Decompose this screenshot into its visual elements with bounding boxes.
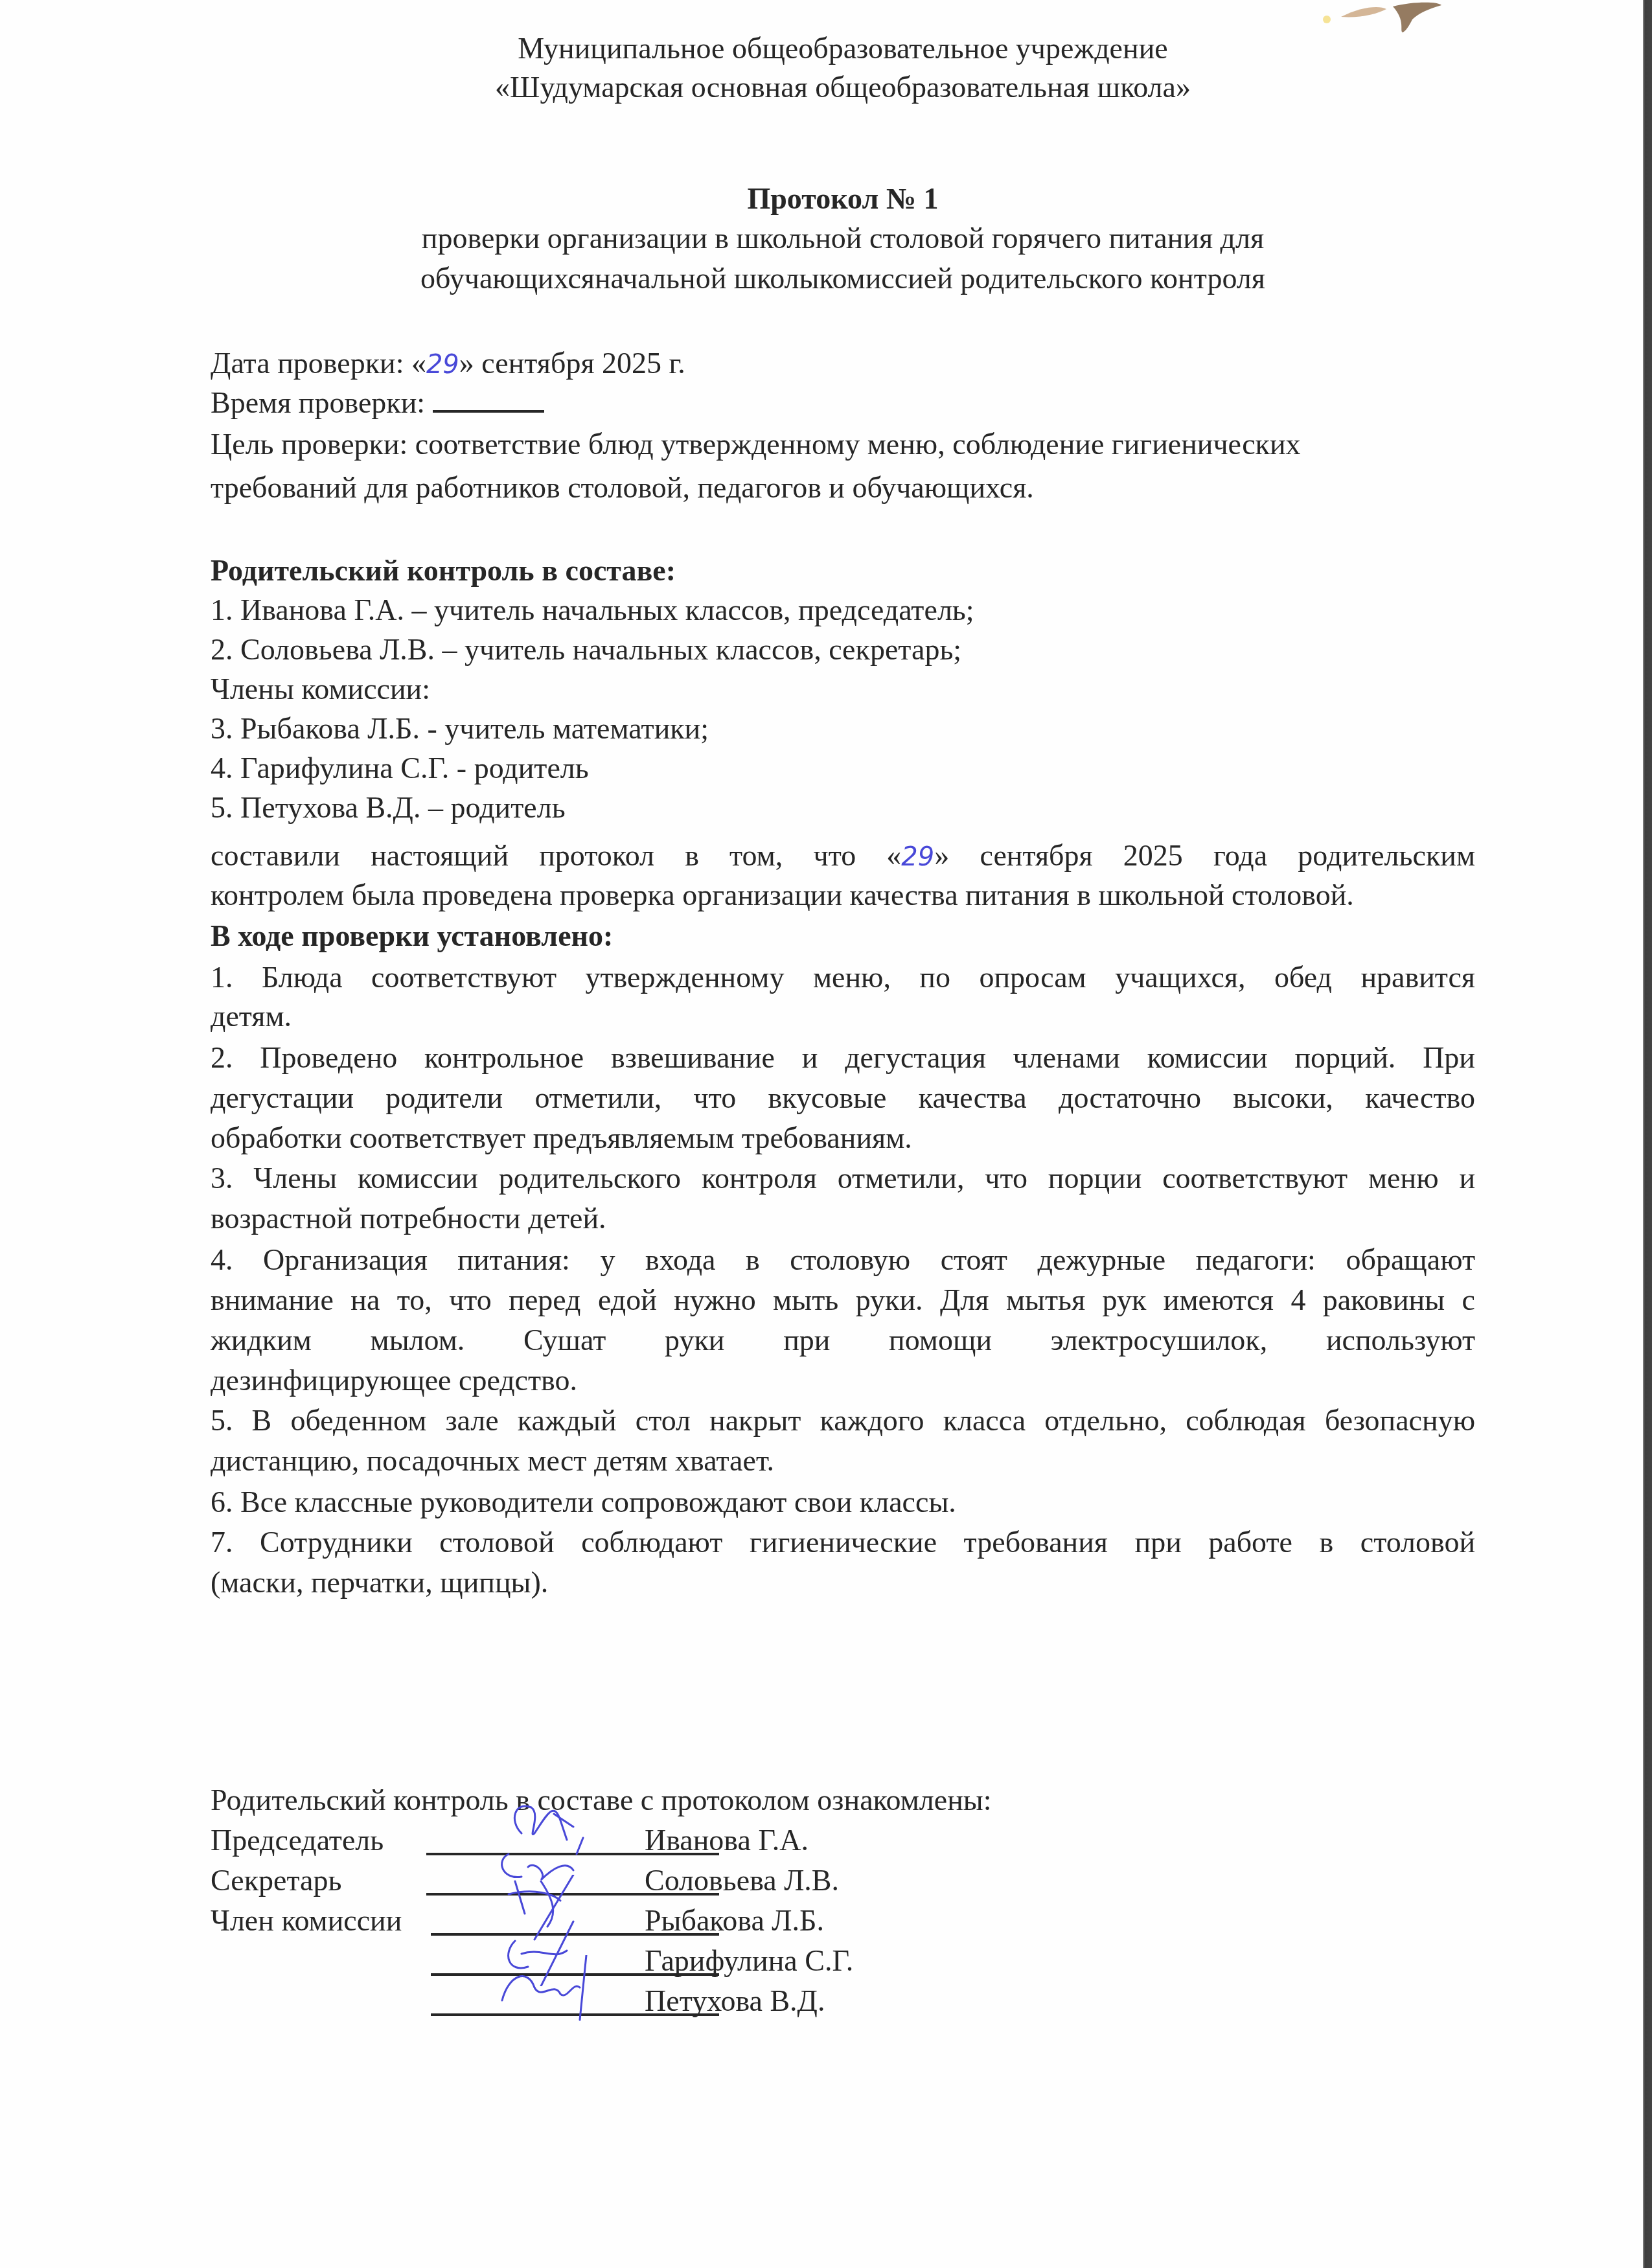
signature-role: Член комиссии (211, 1901, 402, 1940)
signature-role: Секретарь (211, 1861, 342, 1900)
commission-heading: Родительский контроль в составе: (211, 551, 1475, 590)
inspection-date: Дата проверки: «29» сентября 2025 г. (211, 343, 1475, 385)
handwritten-day: 29 (426, 350, 459, 380)
finding-line: возрастной потребности детей. (211, 1198, 1475, 1238)
handwritten-day: 29 (901, 842, 934, 872)
finding-line: 4. Организация питания: у входа в столов… (211, 1240, 1475, 1279)
commission-member: 3. Рыбакова Л.Б. - учитель математики; (211, 709, 1475, 748)
commission-member: 5. Петухова В.Д. – родитель (211, 788, 1475, 827)
signature-row: СекретарьСоловьева Л.В. (211, 1861, 1118, 1900)
institution-name-line1: Муниципальное общеобразовательное учрежд… (211, 29, 1475, 68)
finding-line: (маски, перчатки, щипцы). (211, 1563, 1475, 1602)
commission-member: 4. Гарифулина С.Г. - родитель (211, 748, 1475, 788)
finding-line: 7. Сотрудники столовой соблюдают гигиени… (211, 1522, 1475, 1562)
finding-line: 5. В обеденном зале каждый стол накрыт к… (211, 1401, 1475, 1440)
inspection-goal-line2: требований для работников столовой, педа… (211, 468, 1475, 507)
time-blank-field (433, 384, 544, 413)
inspection-goal-line1: Цель проверки: соответствие блюд утвержд… (211, 424, 1475, 464)
finding-line: дистанцию, посадочных мест детям хватает… (211, 1441, 1475, 1480)
protocol-title: Протокол № 1 (211, 179, 1475, 218)
statement-line2: контролем была проведена проверка органи… (211, 875, 1475, 915)
signatory-name: Соловьева Л.В. (645, 1861, 839, 1900)
finding-line: детям. (211, 996, 1475, 1036)
signatory-name: Рыбакова Л.Б. (645, 1901, 824, 1940)
finding-line: 3. Члены комиссии родительского контроля… (211, 1158, 1475, 1198)
finding-line: дезинфицирующее средство. (211, 1360, 1475, 1400)
finding-line: дегустации родители отметили, что вкусов… (211, 1078, 1475, 1117)
scanner-edge (1643, 0, 1652, 2268)
finding-line: обработки соответствует предъявляемым тр… (211, 1118, 1475, 1158)
signatory-name: Иванова Г.А. (645, 1820, 809, 1860)
finding-line: 6. Все классные руководители сопровождаю… (211, 1482, 1475, 1522)
signatory-name: Гарифулина С.Г. (645, 1941, 853, 1980)
signatures-heading: Родительский контроль в составе с проток… (211, 1780, 1475, 1820)
statement-line1: составили настоящий протокол в том, что … (211, 836, 1475, 877)
protocol-subtitle-line2: обучающихсяначальной школыкомиссией роди… (211, 258, 1475, 298)
commission-member: 1. Иванова Г.А. – учитель начальных клас… (211, 590, 1475, 630)
finding-line: жидким мылом. Сушат руки при помощи элек… (211, 1320, 1475, 1360)
protocol-subtitle-line1: проверки организации в школьной столовой… (211, 218, 1475, 258)
institution-name-line2: «Шудумарская основная общеобразовательна… (211, 67, 1475, 107)
signature-row: Член комиссииРыбакова Л.Б. (211, 1901, 1118, 1940)
signatory-name: Петухова В.Д. (645, 1981, 825, 2021)
findings-heading: В ходе проверки установлено: (211, 916, 1475, 956)
signature-row: ПредседательИванова Г.А. (211, 1820, 1118, 1860)
inspection-time: Время проверки: (211, 383, 1475, 422)
finding-line: 2. Проведено контрольное взвешивание и д… (211, 1038, 1475, 1077)
finding-line: внимание на то, что перед едой нужно мыт… (211, 1280, 1475, 1320)
signature-row: Петухова В.Д. (211, 1981, 1118, 2021)
handwritten-signature-icon (496, 1955, 593, 2026)
signature-row: Гарифулина С.Г. (211, 1941, 1118, 1980)
signature-role: Председатель (211, 1820, 384, 1860)
commission-members-label: Члены комиссии: (211, 669, 1475, 709)
commission-member: 2. Соловьева Л.В. – учитель начальных кл… (211, 630, 1475, 669)
finding-line: 1. Блюда соответствуют утвержденному мен… (211, 957, 1475, 997)
